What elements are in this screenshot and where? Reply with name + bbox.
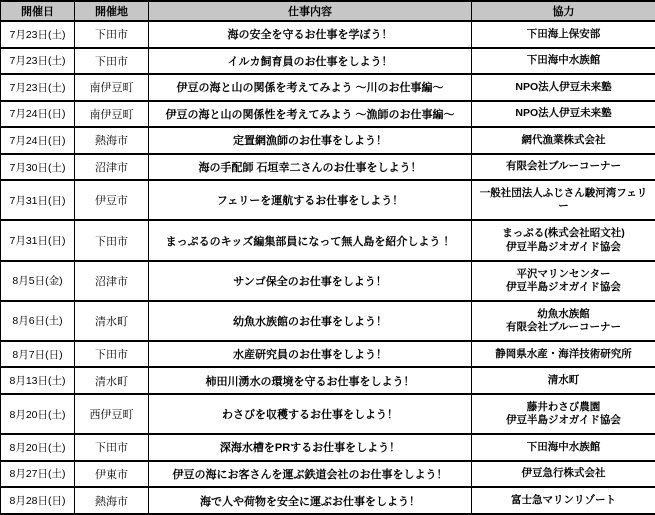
cell-date: 7月23日(土) (1, 48, 75, 75)
event-schedule-page: 開催日 開催地 仕事内容 協力 7月23日(土) 下田市 海の安全を守るお仕事を… (0, 0, 655, 515)
cell-cooperation: 網代漁業株式会社 (472, 127, 655, 154)
cell-date: 8月7日(日) (1, 341, 75, 368)
cell-cooperation: 幼魚水族館 有限会社ブルーコーナー (472, 301, 655, 341)
table-row: 7月31日(日) 伊豆市 フェリーを運航するお仕事をしよう！ 一般社団法人ふじさ… (1, 180, 655, 220)
cell-location: 下田市 (75, 48, 149, 75)
cell-job: サンゴ保全のお仕事をしよう！ (149, 261, 472, 301)
cell-date: 8月13日(土) (1, 367, 75, 394)
cell-job: フェリーを運航するお仕事をしよう！ (149, 180, 472, 220)
cell-job: イルカ飼育員のお仕事をしよう！ (149, 48, 472, 75)
table-row: 8月20日(土) 下田市 深海水槽をPRするお仕事をしよう！ 下田海中水族館 (1, 434, 655, 461)
table-row: 7月24日(日) 南伊豆町 伊豆の海と山の関係性を考えてみよう ～漁師のお仕事編… (1, 101, 655, 128)
cell-date: 8月28日(日) (1, 487, 75, 514)
cell-job: わさびを収穫するお仕事をしよう！ (149, 394, 472, 434)
cell-date: 7月23日(土) (1, 74, 75, 101)
cell-location: 下田市 (75, 341, 149, 368)
cell-cooperation: 富士急マリンリゾート (472, 487, 655, 514)
table-row: 7月31日(日) 下田市 まっぷるのキッズ編集部員になって無人島を紹介しよう ！… (1, 220, 655, 260)
header-cell-job: 仕事内容 (149, 1, 472, 21)
cell-job: 海の手配師 石垣幸二さんのお仕事をしよう！ (149, 154, 472, 181)
cell-cooperation: 下田海上保安部 (472, 21, 655, 48)
cell-location: 清水町 (75, 301, 149, 341)
cell-location: 下田市 (75, 21, 149, 48)
header-cell-location: 開催地 (75, 1, 149, 21)
cell-job: まっぷるのキッズ編集部員になって無人島を紹介しよう ！ (149, 220, 472, 260)
cell-location: 南伊豆町 (75, 101, 149, 128)
cell-date: 8月27日(土) (1, 461, 75, 488)
cell-date: 8月5日(金) (1, 261, 75, 301)
cell-date: 8月20日(土) (1, 394, 75, 434)
cell-cooperation: 伊豆急行株式会社 (472, 461, 655, 488)
cell-cooperation: 一般社団法人ふじさん駿河湾フェリー (472, 180, 655, 220)
cell-date: 7月24日(日) (1, 127, 75, 154)
cell-date: 7月31日(日) (1, 220, 75, 260)
cell-job: 深海水槽をPRするお仕事をしよう！ (149, 434, 472, 461)
cell-location: 下田市 (75, 434, 149, 461)
cell-job: 幼魚水族館のお仕事をしよう！ (149, 301, 472, 341)
cell-location: 熱海市 (75, 127, 149, 154)
cell-location: 沼津市 (75, 154, 149, 181)
cell-location: 下田市 (75, 220, 149, 260)
cell-cooperation: NPO法人伊豆未来塾 (472, 101, 655, 128)
cell-cooperation: 平沢マリンセンター 伊豆半島ジオガイド協会 (472, 261, 655, 301)
cell-job: 海で人や荷物を安全に運ぶお仕事をしよう！ (149, 487, 472, 514)
table-row: 8月27日(土) 伊東市 伊豆の海にお客さんを運ぶ鉄道会社のお仕事をしよう！ 伊… (1, 461, 655, 488)
table-row: 7月24日(日) 熱海市 定置網漁師のお仕事をしよう！ 網代漁業株式会社 (1, 127, 655, 154)
table-row: 7月23日(土) 南伊豆町 伊豆の海と山の関係を考えてみよう ～川のお仕事編～ … (1, 74, 655, 101)
cell-date: 7月30日(土) (1, 154, 75, 181)
table-row: 7月23日(土) 下田市 海の安全を守るお仕事を学ぼう！ 下田海上保安部 (1, 21, 655, 48)
cell-cooperation: 静岡県水産・海洋技術研究所 (472, 341, 655, 368)
cell-location: 伊豆市 (75, 180, 149, 220)
header-cell-date: 開催日 (1, 1, 75, 21)
cell-date: 7月31日(日) (1, 180, 75, 220)
cell-job: 伊豆の海と山の関係性を考えてみよう ～漁師のお仕事編～ (149, 101, 472, 128)
event-schedule-table: 開催日 開催地 仕事内容 協力 7月23日(土) 下田市 海の安全を守るお仕事を… (0, 0, 655, 515)
cell-cooperation: 下田海中水族館 (472, 48, 655, 75)
cell-cooperation: まっぷる(株式会社昭文社) 伊豆半島ジオガイド協会 (472, 220, 655, 260)
cell-location: 沼津市 (75, 261, 149, 301)
table-row: 8月5日(金) 沼津市 サンゴ保全のお仕事をしよう！ 平沢マリンセンター 伊豆半… (1, 261, 655, 301)
cell-date: 8月20日(土) (1, 434, 75, 461)
cell-job: 海の安全を守るお仕事を学ぼう！ (149, 21, 472, 48)
cell-location: 西伊豆町 (75, 394, 149, 434)
table-row: 7月23日(土) 下田市 イルカ飼育員のお仕事をしよう！ 下田海中水族館 (1, 48, 655, 75)
cell-job: 定置網漁師のお仕事をしよう！ (149, 127, 472, 154)
header-cell-cooperation: 協力 (472, 1, 655, 21)
cell-date: 8月6日(土) (1, 301, 75, 341)
cell-cooperation: NPO法人伊豆未来塾 (472, 74, 655, 101)
cell-location: 伊東市 (75, 461, 149, 488)
cell-job: 伊豆の海にお客さんを運ぶ鉄道会社のお仕事をしよう！ (149, 461, 472, 488)
cell-location: 熱海市 (75, 487, 149, 514)
cell-cooperation: 清水町 (472, 367, 655, 394)
cell-date: 7月23日(土) (1, 21, 75, 48)
table-row: 8月28日(日) 熱海市 海で人や荷物を安全に運ぶお仕事をしよう！ 富士急マリン… (1, 487, 655, 514)
cell-date: 7月24日(日) (1, 101, 75, 128)
cell-cooperation: 藤井わさび農園 伊豆半島ジオガイド協会 (472, 394, 655, 434)
table-row: 8月20日(土) 西伊豆町 わさびを収穫するお仕事をしよう！ 藤井わさび農園 伊… (1, 394, 655, 434)
table-row: 8月7日(日) 下田市 水産研究員のお仕事をしよう！ 静岡県水産・海洋技術研究所 (1, 341, 655, 368)
cell-location: 清水町 (75, 367, 149, 394)
cell-job: 柿田川湧水の環境を守るお仕事をしよう！ (149, 367, 472, 394)
cell-cooperation: 下田海中水族館 (472, 434, 655, 461)
cell-location: 南伊豆町 (75, 74, 149, 101)
table-header-row: 開催日 開催地 仕事内容 協力 (1, 1, 655, 21)
cell-job: 水産研究員のお仕事をしよう！ (149, 341, 472, 368)
table-row: 8月13日(土) 清水町 柿田川湧水の環境を守るお仕事をしよう！ 清水町 (1, 367, 655, 394)
table-row: 7月30日(土) 沼津市 海の手配師 石垣幸二さんのお仕事をしよう！ 有限会社ブ… (1, 154, 655, 181)
table-row: 8月6日(土) 清水町 幼魚水族館のお仕事をしよう！ 幼魚水族館 有限会社ブルー… (1, 301, 655, 341)
cell-job: 伊豆の海と山の関係を考えてみよう ～川のお仕事編～ (149, 74, 472, 101)
cell-cooperation: 有限会社ブルーコーナー (472, 154, 655, 181)
